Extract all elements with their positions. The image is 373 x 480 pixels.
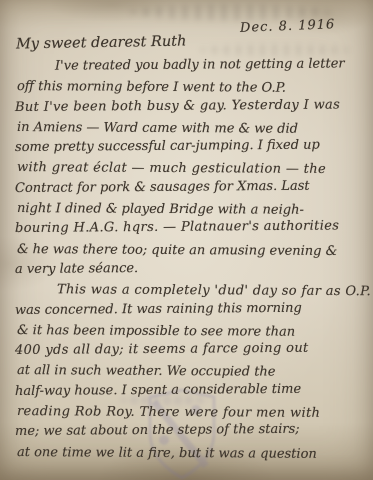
letter-page: Dec. 8. 1916 My sweet dearest Ruth I've … — [0, 0, 373, 480]
letter-salutation: My sweet dearest Ruth — [16, 34, 187, 53]
letter-line: bouring H.A.G. hqrs. — Platnauer's autho… — [15, 217, 365, 240]
letter-line: But I've been both busy & gay. Yesterday… — [15, 95, 365, 118]
letter-line: I've treated you badly in not getting a … — [15, 54, 365, 77]
letter-line: some pretty successful car-jumping. I fi… — [15, 135, 365, 158]
letter-line: Contract for pork & sausages for Xmas. L… — [15, 176, 365, 199]
letter-line: at one time we lit a fire, but it was a … — [17, 443, 367, 465]
letter-line: 400 yds all day; it seems a farce going … — [15, 338, 365, 361]
letter-body: I've treated you badly in not getting a … — [15, 57, 365, 463]
letter-line: a very late séance. — [15, 257, 365, 280]
letter-line: me; we sat about on the steps of the sta… — [15, 420, 365, 443]
letter-date: Dec. 8. 1916 — [239, 17, 335, 36]
letter-line: was concerned. It was raining this morni… — [15, 298, 365, 321]
letter-line: half-way house. I spent a considerable t… — [15, 379, 365, 402]
